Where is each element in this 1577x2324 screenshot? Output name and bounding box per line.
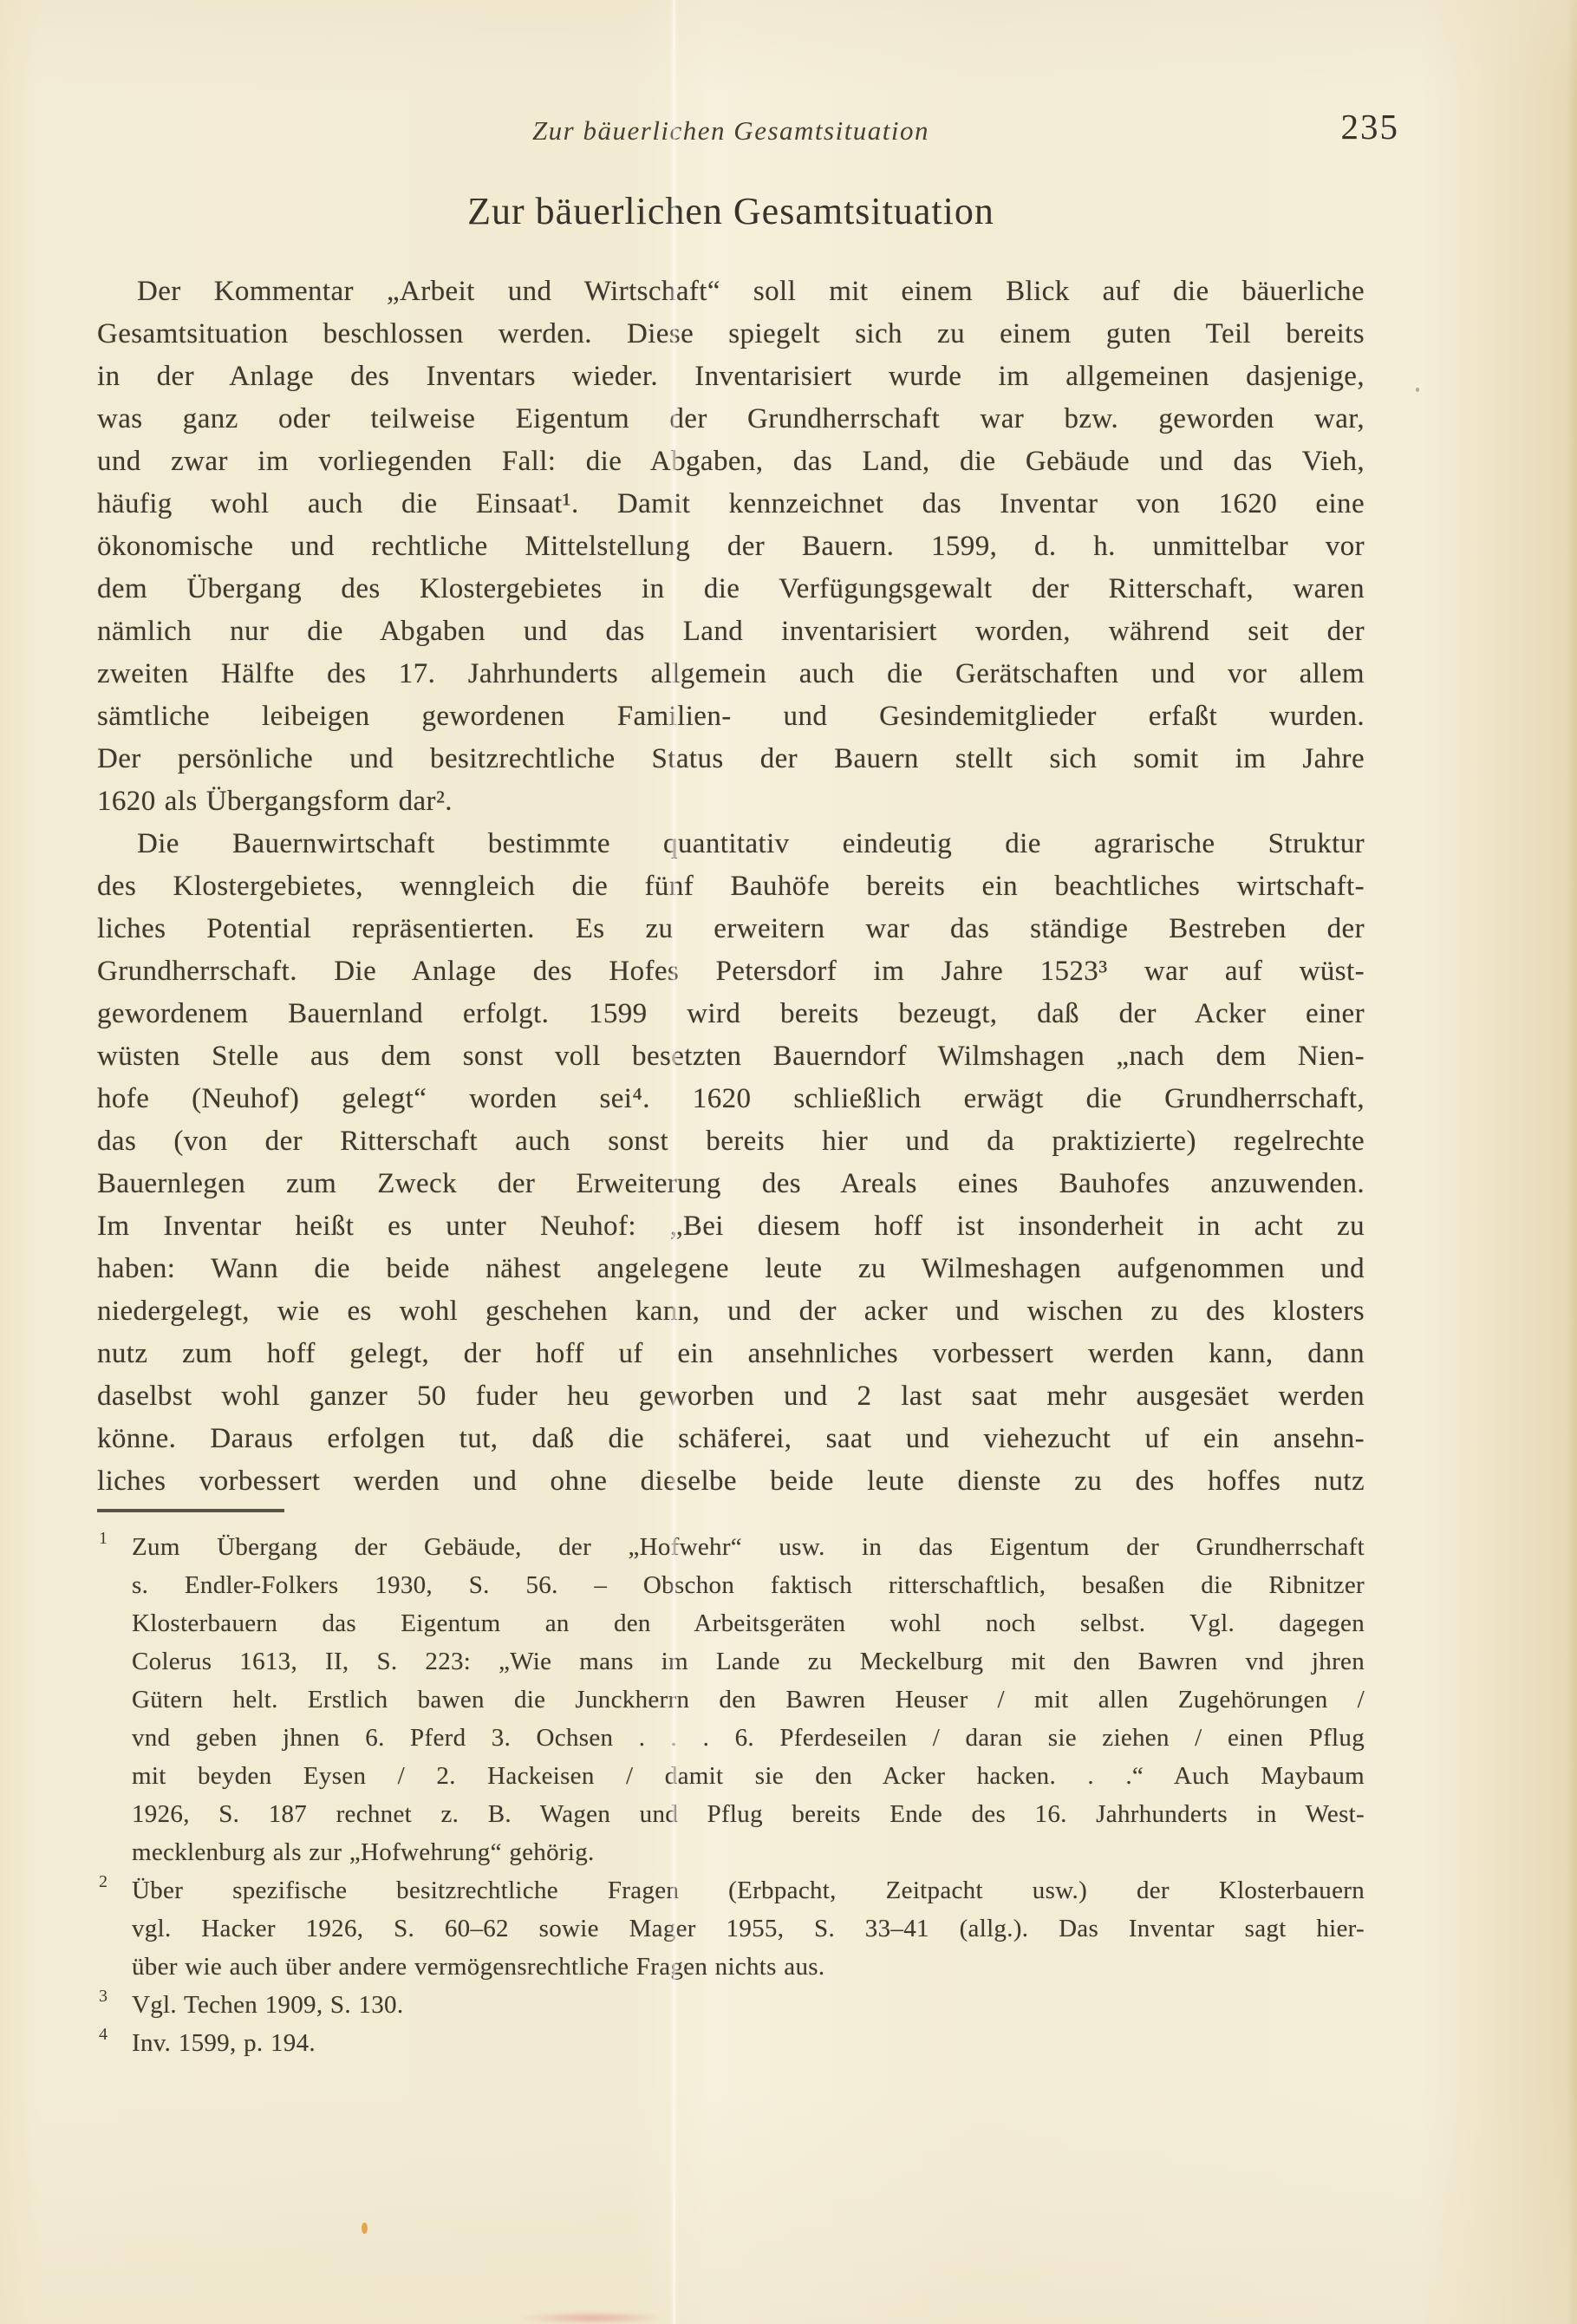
footnote-line: vgl. Hacker 1926, S. 60–62 sowie Mager 1… — [132, 1909, 1365, 1948]
footnote-number: 1 — [99, 1529, 108, 1549]
body-text-line: könne. Daraus erfolgen tut, daß die schä… — [97, 1418, 1365, 1460]
body-text-line: in der Anlage des Inventars wieder. Inve… — [97, 356, 1365, 398]
body-text-line: dem Übergang des Klostergebietes in die … — [97, 568, 1365, 610]
page-number: 235 — [1341, 107, 1400, 147]
body-text-line: zweiten Hälfte des 17. Jahrhunderts allg… — [97, 653, 1365, 695]
body-text-line: Der persönliche und besitzrechtliche Sta… — [97, 738, 1365, 780]
body-text-line: liches vorbessert werden und ohne diesel… — [97, 1460, 1365, 1503]
body-text-line: gewordenem Bauernland erfolgt. 1599 wird… — [97, 993, 1365, 1035]
footnote-line: 1926, S. 187 rechnet z. B. Wagen und Pfl… — [132, 1795, 1365, 1833]
body-text-line: das (von der Ritterschaft auch sonst ber… — [97, 1120, 1365, 1163]
body-text-line: sämtliche leibeigen gewordenen Familien-… — [97, 695, 1365, 738]
footnote-line: mit beyden Eysen / 2. Hackeisen / damit … — [132, 1757, 1365, 1795]
footnote: 1Zum Übergang der Gebäude, der „Hofwehr“… — [97, 1528, 1365, 1871]
running-head: Zur bäuerlichen Gesamtsituation 235 — [97, 111, 1365, 151]
section-title: Zur bäuerlichen Gesamtsituation — [97, 187, 1365, 236]
book-page-scan: Zur bäuerlichen Gesamtsituation 235 Zur … — [0, 0, 1577, 2324]
footnote: 3Vgl. Techen 1909, S. 130. — [97, 1986, 1365, 2024]
paper-speck — [362, 2223, 368, 2234]
page-crease — [673, 0, 675, 2324]
footnote-number: 2 — [99, 1872, 108, 1892]
footnote-number: 3 — [99, 1987, 108, 2007]
body-text-line: daselbst wohl ganzer 50 fuder heu geworb… — [97, 1375, 1365, 1418]
paper-speck — [451, 1186, 454, 1190]
footnote-line: über wie auch über andere vermögensrecht… — [132, 1948, 1365, 1986]
body-text-line: Die Bauernwirtschaft bestimmte quantitat… — [97, 823, 1365, 865]
body-text-line: nämlich nur die Abgaben und das Land inv… — [97, 610, 1365, 653]
footnote-line: vnd geben jhnen 6. Pferd 3. Ochsen . . .… — [132, 1719, 1365, 1757]
body-text-line: liches Potential repräsentierten. Es zu … — [97, 908, 1365, 950]
ink-smudge — [518, 2312, 666, 2324]
body-text-line: hofe (Neuhof) gelegt“ worden sei⁴. 1620 … — [97, 1078, 1365, 1120]
footnote-separator-rule — [97, 1509, 284, 1512]
footnote: 4Inv. 1599, p. 194. — [97, 2024, 1365, 2062]
footnote-line: s. Endler-Folkers 1930, S. 56. – Obschon… — [132, 1566, 1365, 1604]
body-text-line: nutz zum hoff gelegt, der hoff uf ein an… — [97, 1333, 1365, 1375]
footnote-line: mecklenburg als zur „Hofwehrung“ gehörig… — [132, 1833, 1365, 1871]
footnote-line: Klosterbauern das Eigentum an den Arbeit… — [132, 1604, 1365, 1642]
body-text-line: wüsten Stelle aus dem sonst voll besetzt… — [97, 1035, 1365, 1078]
running-title: Zur bäuerlichen Gesamtsituation — [532, 115, 929, 146]
body-text-line: Der Kommentar „Arbeit und Wirtschaft“ so… — [97, 271, 1365, 313]
body-text-line: ökonomische und rechtliche Mittelstellun… — [97, 526, 1365, 568]
body-text: Der Kommentar „Arbeit und Wirtschaft“ so… — [97, 271, 1365, 1503]
body-text-line: niedergelegt, wie es wohl geschehen kann… — [97, 1290, 1365, 1333]
footnote-line: Vgl. Techen 1909, S. 130. — [132, 1986, 1365, 2024]
footnote-line: Colerus 1613, II, S. 223: „Wie mans im L… — [132, 1642, 1365, 1681]
paper-speck — [1416, 388, 1419, 392]
footnote-line: Zum Übergang der Gebäude, der „Hofwehr“ … — [132, 1528, 1365, 1566]
footnotes: 1Zum Übergang der Gebäude, der „Hofwehr“… — [97, 1528, 1365, 2062]
footnote-line: Über spezifische besitzrechtliche Fragen… — [132, 1871, 1365, 1909]
footnote: 2Über spezifische besitzrechtliche Frage… — [97, 1871, 1365, 1986]
body-text-line: Bauernlegen zum Zweck der Erweiterung de… — [97, 1163, 1365, 1205]
body-text-line: Gesamtsituation beschlossen werden. Dies… — [97, 313, 1365, 356]
footnote-line: Inv. 1599, p. 194. — [132, 2024, 1365, 2062]
footnote-line: Gütern helt. Erstlich bawen die Junckher… — [132, 1681, 1365, 1719]
body-text-line: was ganz oder teilweise Eigentum der Gru… — [97, 398, 1365, 441]
body-text-line: des Klostergebietes, wenngleich die fünf… — [97, 865, 1365, 908]
body-text-line: Im Inventar heißt es unter Neuhof: „Bei … — [97, 1205, 1365, 1248]
body-text-line: und zwar im vorliegenden Fall: die Abgab… — [97, 441, 1365, 483]
body-text-line: Grundherrschaft. Die Anlage des Hofes Pe… — [97, 950, 1365, 993]
body-text-line: 1620 als Übergangsform dar². — [97, 780, 1365, 823]
body-text-line: haben: Wann die beide nähest angelegene … — [97, 1248, 1365, 1290]
body-text-line: häufig wohl auch die Einsaat¹. Damit ken… — [97, 483, 1365, 526]
footnote-number: 4 — [99, 2025, 108, 2045]
